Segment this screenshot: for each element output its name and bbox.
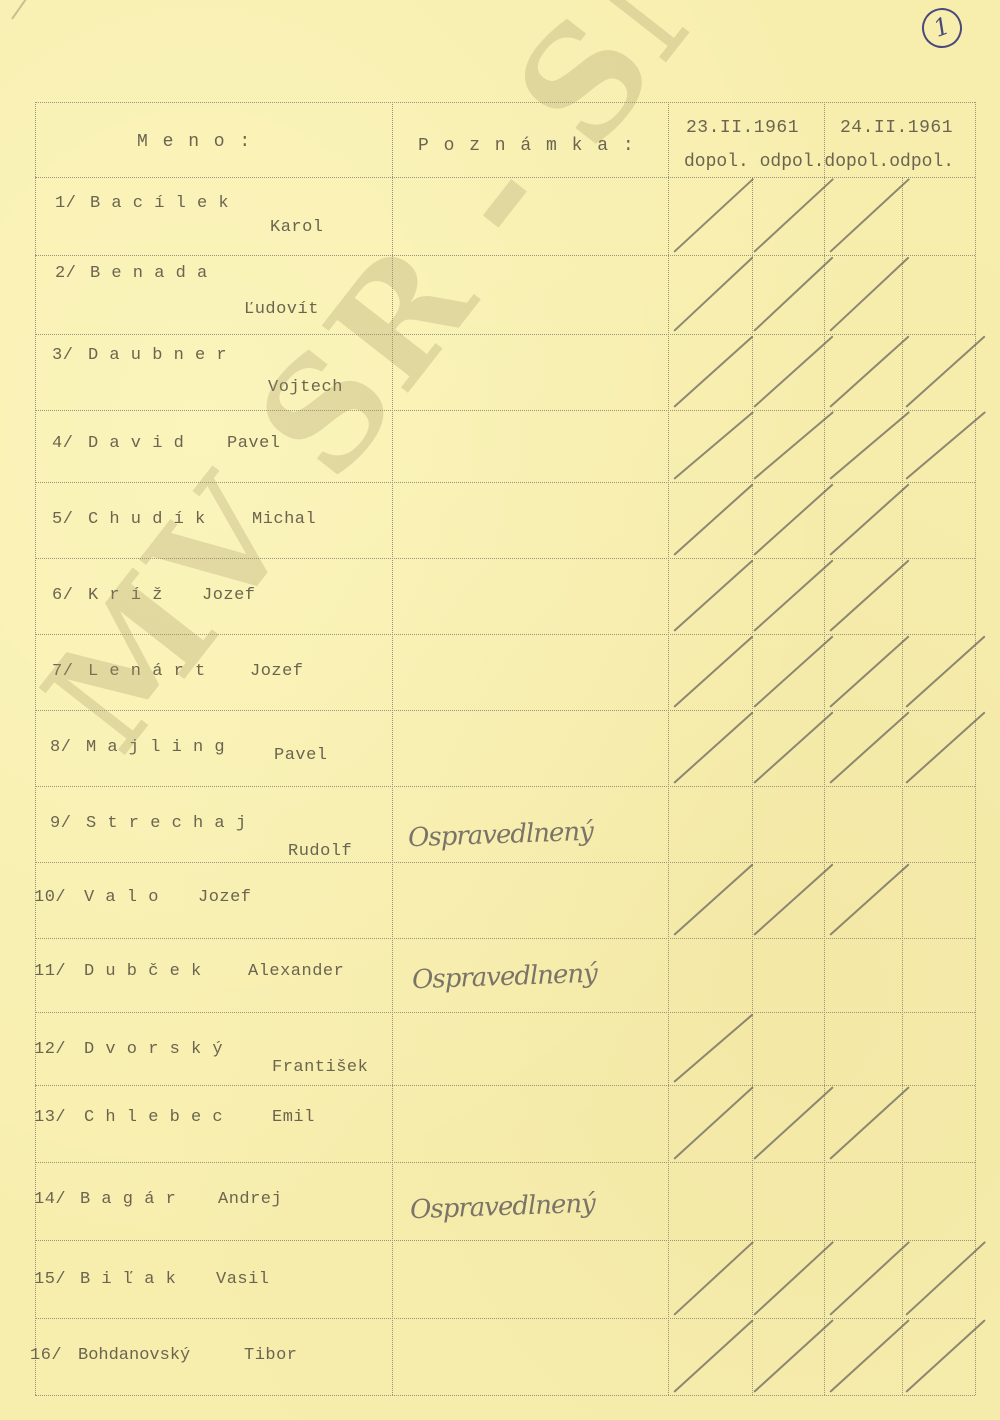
checkmark-icon [673,711,753,783]
checkmark-icon [829,1086,909,1159]
checkmark-icon [673,335,753,407]
checkmark-icon [673,256,753,331]
row-number: 10/ [34,888,66,907]
surname: D a u b n e r [88,346,227,365]
surname: B a c í l e k [90,194,229,213]
header-note-column: P o z n á m k a : [418,136,636,156]
note-handwritten: Ospravedlnený [412,959,598,995]
surname: D v o r s k ý [84,1040,223,1059]
surname: M a j l i n g [86,738,225,757]
row-number: 3/ [52,346,73,365]
given-name: Pavel [227,434,281,453]
checkmark-icon [905,411,985,480]
checkmark-icon [829,863,909,935]
checkmark-icon [829,256,909,331]
checkmark-icon [829,411,909,480]
note-handwritten: Ospravedlnený [410,1189,596,1225]
page-number-circle: 1 [916,2,967,53]
checkmark-icon [753,559,833,631]
given-name: Jozef [250,662,304,681]
checkmark-icon [673,635,753,707]
row-number: 13/ [34,1108,66,1127]
surname: V a l o [84,888,159,907]
checkmark-icon [829,1319,909,1392]
surname: B e n a d a [90,264,208,283]
given-name: Vojtech [268,378,343,397]
checkmark-icon [829,483,909,555]
surname: K r í ž [88,586,163,605]
header-name-column: M e n o : [137,132,252,152]
surname: L e n á r t [88,662,206,681]
given-name: Rudolf [288,842,352,861]
surname: C h u d í k [88,510,206,529]
checkmark-icon [753,411,833,480]
row-number: 8/ [50,738,71,757]
checkmark-icon [753,863,833,935]
given-name: Emil [272,1108,315,1127]
note-handwritten: Ospravedlnený [408,817,594,853]
row-number: 6/ [52,586,73,605]
given-name: Pavel [274,746,328,765]
surname: B i ľ a k [80,1270,176,1289]
row-number: 5/ [52,510,73,529]
given-name: Alexander [248,962,344,981]
row-number: 11/ [34,962,66,981]
given-name: Jozef [198,888,252,907]
surname: S t r e c h a j [86,814,247,833]
checkmark-icon [673,1319,753,1392]
row-number: 12/ [34,1040,66,1059]
surname: D u b č e k [84,962,202,981]
checkmark-icon [673,863,753,935]
row-number: 16/ [30,1346,62,1365]
given-name: František [272,1058,368,1077]
row-number: 9/ [50,814,71,833]
checkmark-icon [673,559,753,631]
checkmark-icon [829,178,909,252]
checkmark-icon [829,711,909,783]
checkmark-icon [753,1319,833,1392]
given-name: Ľudovít [244,300,319,319]
page-number: 1 [930,11,954,43]
checkmark-icon [753,1241,833,1315]
checkmark-icon [905,711,985,783]
given-name: Vasil [216,1270,270,1289]
checkmark-icon [753,256,833,331]
row-number: 2/ [55,264,76,283]
checkmark-icon [753,178,833,252]
header-date-1: 23.II.1961 [686,118,799,138]
checkmark-icon [829,635,909,707]
given-name: Karol [270,218,324,237]
checkmark-icon [673,411,753,480]
surname: D a v i d [88,434,184,453]
checkmark-icon [905,1319,985,1392]
checkmark-icon [905,335,985,407]
pencil-mark [11,0,36,20]
given-name: Michal [252,510,316,529]
surname: Bohdanovský [78,1346,190,1365]
header-sessions: dopol. odpol.dopol.odpol. [684,152,954,172]
checkmark-icon [673,1086,753,1159]
given-name: Andrej [218,1190,282,1209]
checkmark-icon [673,1013,753,1083]
row-number: 7/ [52,662,73,681]
row-number: 14/ [34,1190,66,1209]
checkmark-icon [829,1241,909,1315]
checkmark-icon [673,178,753,252]
checkmark-icon [905,1241,985,1315]
checkmark-icon [753,635,833,707]
checkmark-icon [829,335,909,407]
attendance-sheet: 1 M e n o : P o z n á m k a : 23.II.1961… [0,0,1000,1420]
checkmark-icon [905,635,985,707]
row-number: 1/ [55,194,76,213]
given-name: Tibor [244,1346,298,1365]
surname: B a g á r [80,1190,176,1209]
checkmark-icon [753,711,833,783]
checkmark-icon [673,483,753,555]
header-date-2: 24.II.1961 [840,118,953,138]
checkmark-icon [673,1241,753,1315]
row-number: 15/ [34,1270,66,1289]
checkmark-icon [753,1086,833,1159]
checkmark-icon [753,335,833,407]
surname: C h l e b e c [84,1108,223,1127]
checkmark-icon [829,559,909,631]
given-name: Jozef [202,586,256,605]
checkmark-icon [753,483,833,555]
row-number: 4/ [52,434,73,453]
